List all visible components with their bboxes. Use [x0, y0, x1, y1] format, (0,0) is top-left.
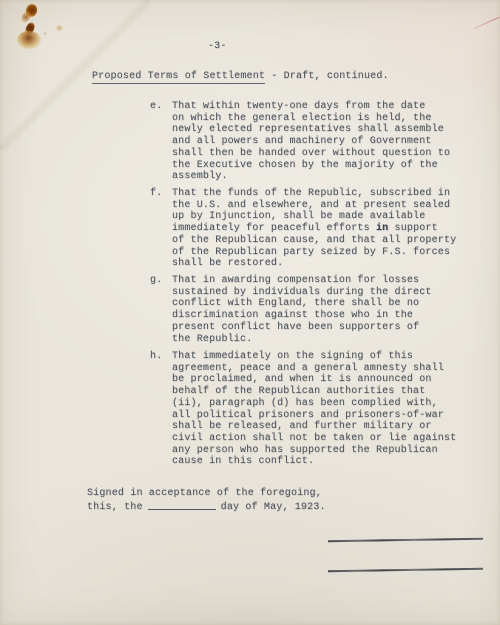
signature-statement-line1: Signed in acceptance of the foregoing,: [87, 488, 326, 500]
red-pencil-mark: [474, 17, 500, 29]
clause-g-letter: g.: [150, 275, 172, 345]
stain-blob: [17, 31, 41, 49]
stain-blob: [56, 25, 63, 31]
clause-e-text: That within twenty-one days from the dat…: [172, 101, 476, 183]
page-number: -3-: [208, 41, 227, 53]
signature-statement-line2: this, theday of May, 1923.: [87, 500, 326, 514]
document-title: Proposed Terms of Settlement - Draft, co…: [92, 71, 389, 83]
clause-g-text: That in awarding compensation for losses…: [172, 275, 476, 345]
clause-f-bold-word: in: [376, 223, 388, 234]
scanned-document-page: -3- Proposed Terms of Settlement - Draft…: [0, 0, 500, 625]
signature-line2-suffix: day of May, 1923.: [221, 502, 326, 513]
title-underlined-text: Proposed Terms of Settlement: [92, 71, 265, 84]
stain-blob: [43, 32, 47, 35]
clause-g: g. That in awarding compensation for los…: [150, 275, 476, 345]
clause-e: e. That within twenty-one days from the …: [150, 101, 476, 183]
clause-f-text: That the funds of the Republic, subscrib…: [172, 188, 476, 270]
signature-line-1: [328, 538, 483, 542]
date-blank-line: [148, 500, 216, 510]
clause-h-letter: h.: [150, 351, 172, 468]
signature-line-2: [328, 568, 483, 572]
clause-e-letter: e.: [150, 101, 172, 183]
clause-h-text: That immediately on the signing of this …: [172, 351, 476, 468]
title-suffix-text: - Draft, continued.: [265, 71, 389, 82]
clause-h: h. That immediately on the signing of th…: [150, 351, 476, 468]
signature-block: Signed in acceptance of the foregoing, t…: [87, 488, 326, 513]
clause-f: f. That the funds of the Republic, subsc…: [150, 188, 476, 270]
signature-line2-prefix: this, the: [87, 502, 143, 513]
clause-f-letter: f.: [150, 188, 172, 270]
